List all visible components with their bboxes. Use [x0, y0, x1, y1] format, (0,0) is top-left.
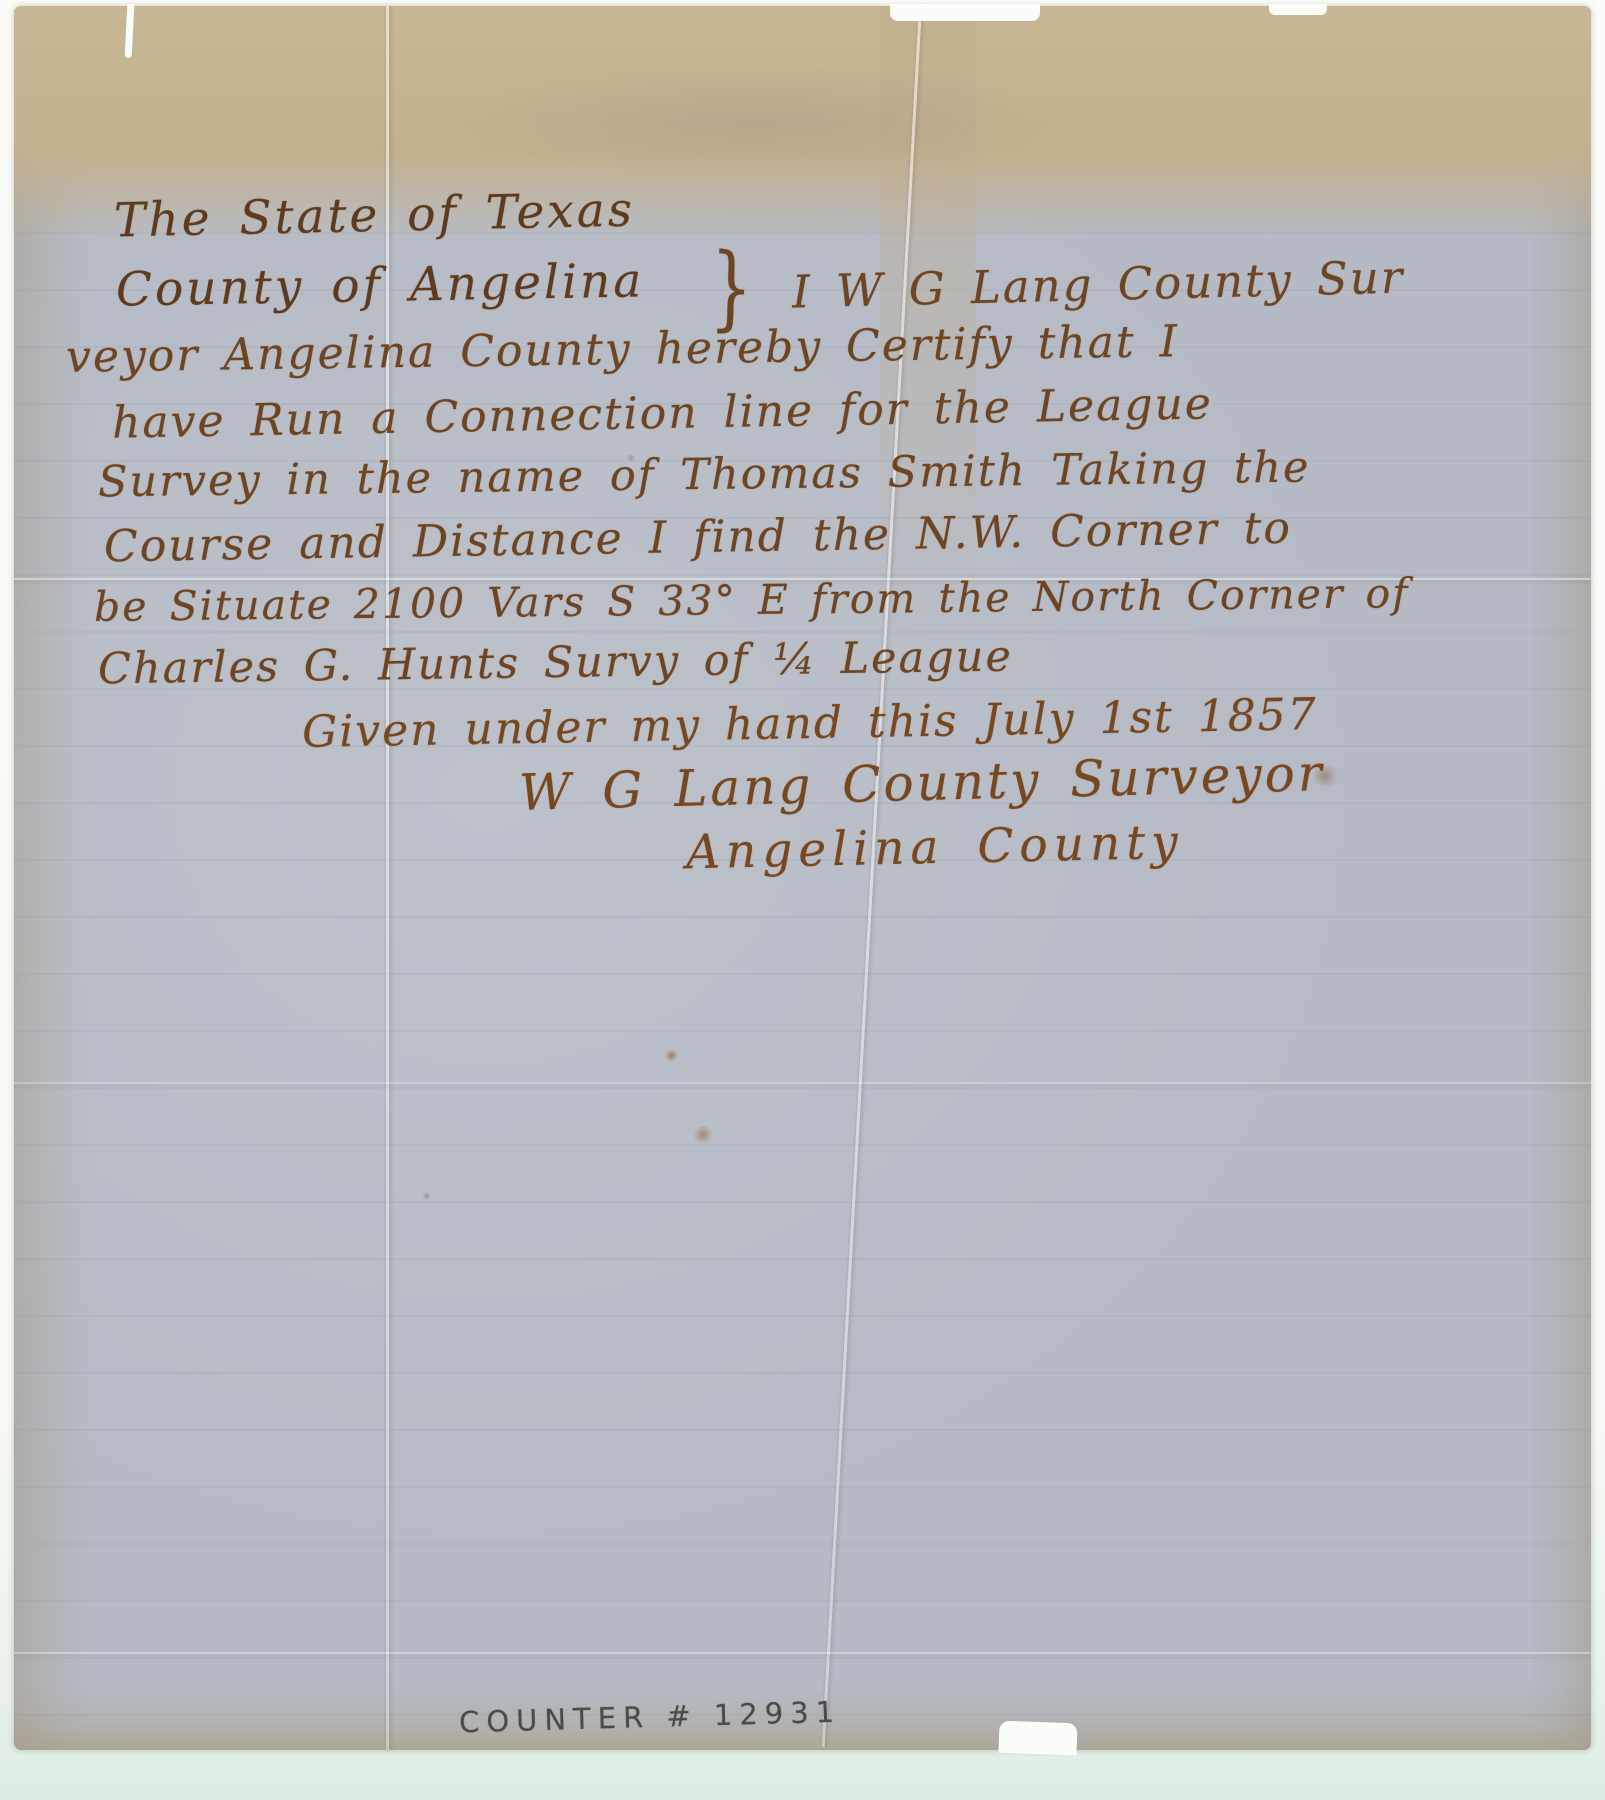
signature-county: Angelina County [685, 815, 1184, 880]
document-paper: The State of Texas County of Angelina } … [14, 6, 1591, 1750]
stain [692, 1126, 714, 1143]
stain [664, 1050, 679, 1061]
body-line-5: Course and Distance I find the N.W. Corn… [104, 503, 1293, 573]
body-line-2: veyor Angelina County hereby Certify tha… [66, 316, 1180, 383]
horizontal-fold-crease [14, 1652, 1591, 1654]
scan-background: The State of Texas County of Angelina } … [0, 0, 1605, 1800]
body-line-3: have Run a Connection line for the Leagu… [112, 378, 1214, 448]
stain [422, 1192, 431, 1200]
body-line-7: Charles G. Hunts Survy of ¼ League [98, 632, 1013, 695]
torn-edge-notch [998, 1721, 1077, 1756]
heading-state-line: The State of Texas [113, 183, 635, 249]
body-line-4: Survey in the name of Thomas Smith Takin… [98, 443, 1311, 508]
heading-county-line: County of Angelina [116, 253, 645, 317]
torn-edge-notch [1269, 4, 1327, 15]
horizontal-fold-crease [14, 1082, 1591, 1084]
archival-counter-number: COUNTER # 12931 [459, 1695, 842, 1740]
torn-edge-notch [890, 4, 1040, 21]
signature-name: W G Lang County Surveyor [518, 744, 1325, 822]
bleed-through-smudge [444, 66, 1064, 176]
